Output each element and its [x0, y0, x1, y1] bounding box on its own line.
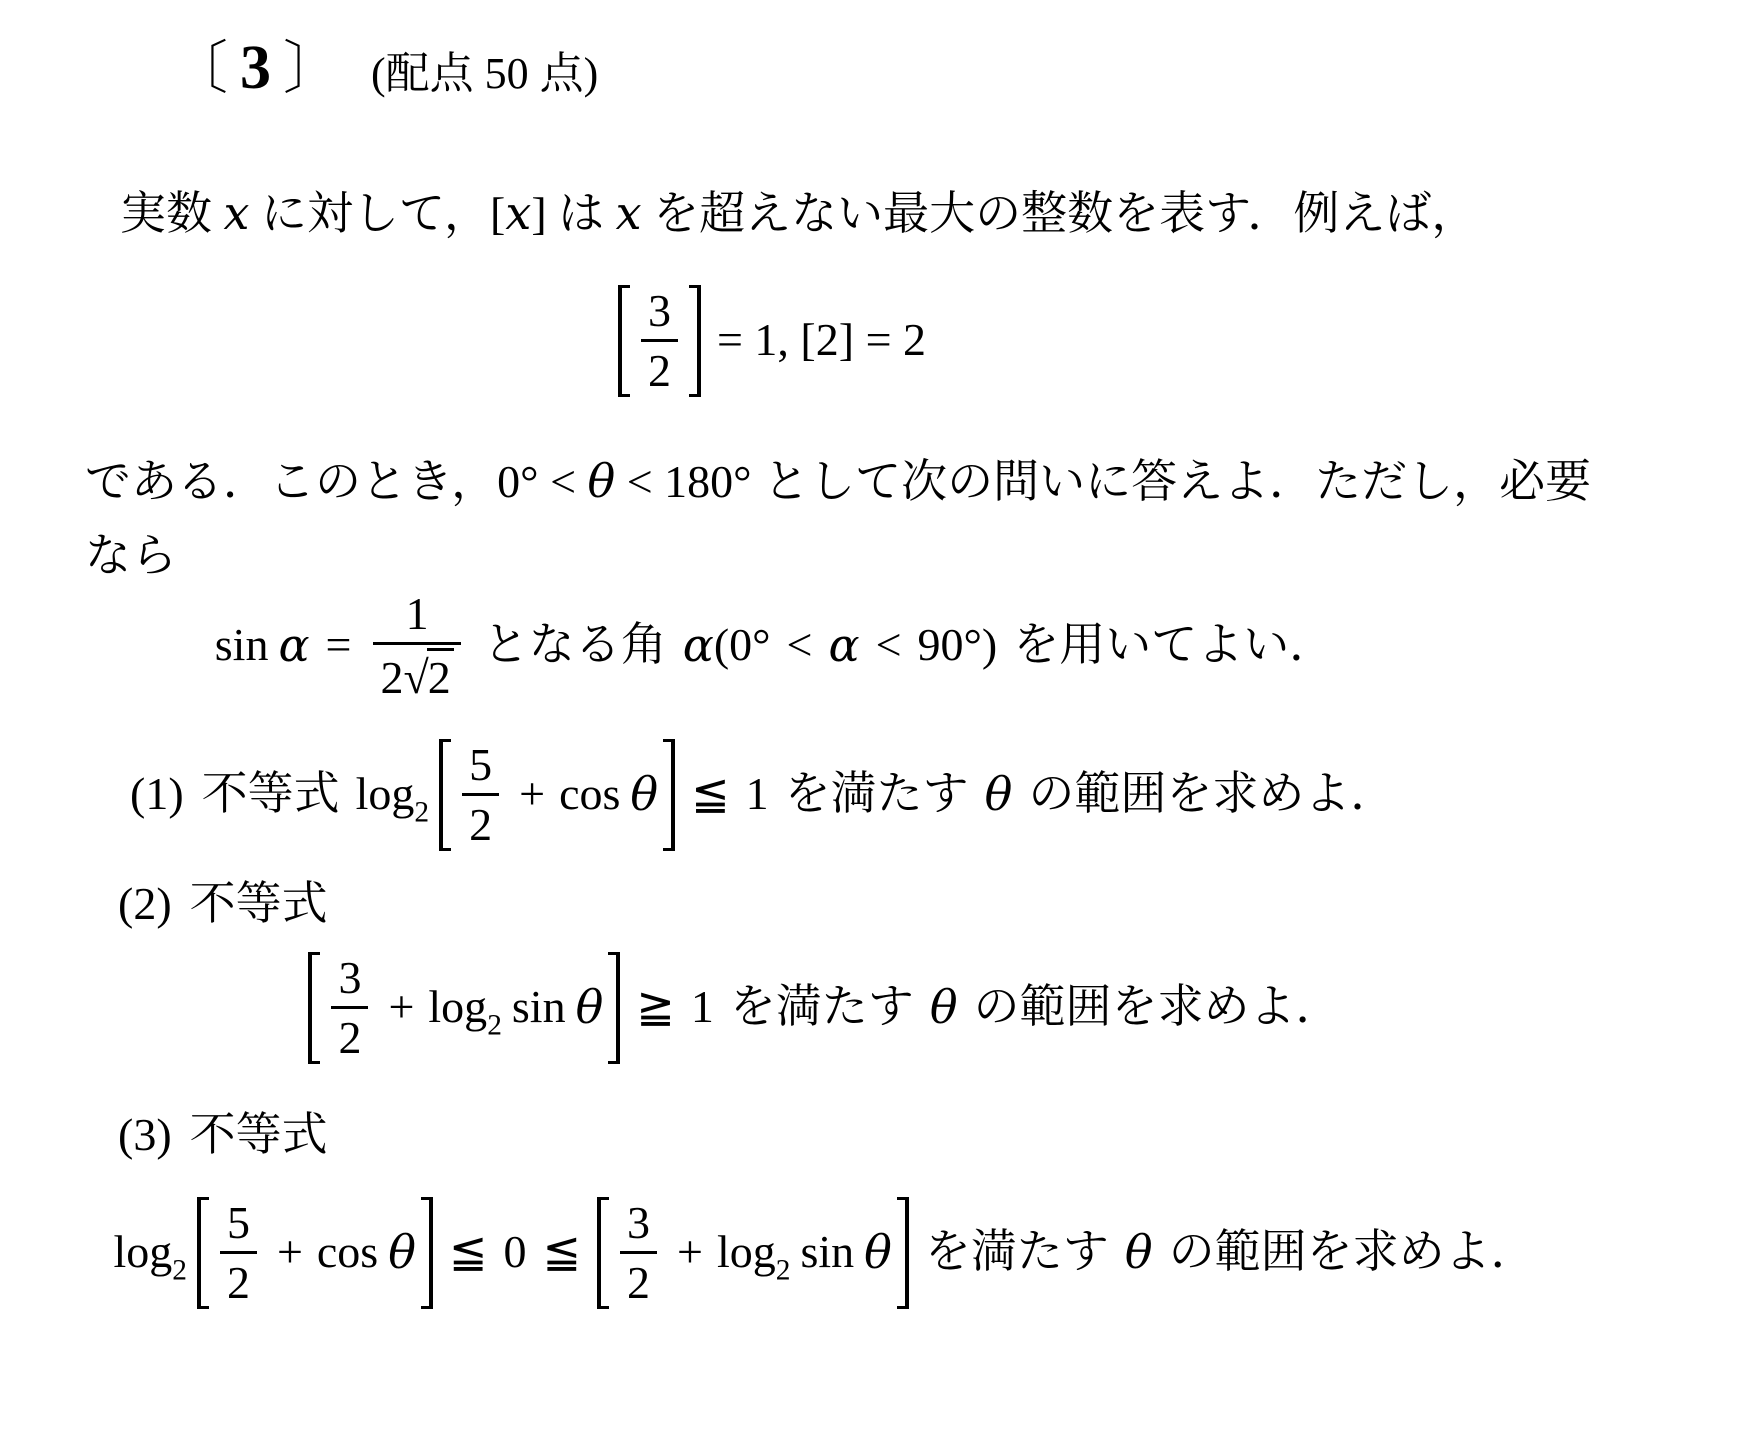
- alpha-text-1: となる角: [483, 619, 667, 672]
- fraction-1-2sqrt2: 1 2√2: [373, 588, 460, 704]
- heading-right-bracket: 〕: [283, 37, 341, 101]
- fraction-3-2: 3 2: [641, 285, 678, 397]
- equals-sign: =: [326, 619, 352, 672]
- fraction-numerator: 3: [331, 952, 368, 1007]
- item-1-word: 不等式: [202, 768, 340, 821]
- item-3-bracket-group-2: 3 2 + log2 sin θ: [597, 1190, 909, 1316]
- var-alpha-2: α: [683, 619, 714, 672]
- example-equation: 3 2 = 1, [2] = 2: [0, 278, 1660, 404]
- alpha-fraction-denominator: 2√2: [380, 648, 453, 704]
- plus-operator: +: [277, 1226, 303, 1279]
- big-right-bracket: [608, 952, 620, 1064]
- item-3-label: (3): [118, 1109, 172, 1162]
- floor-close: ]: [531, 188, 546, 239]
- condition-text-1: である．このとき，: [85, 456, 497, 507]
- heading-left-bracket: 〔: [170, 37, 228, 101]
- fraction-5-2: 5 2: [462, 739, 499, 851]
- fraction-denominator: 2: [620, 1251, 657, 1309]
- fraction-numerator: 5: [462, 739, 499, 794]
- floor-bracket-group: 3 2: [618, 278, 701, 404]
- log-function-1: log2: [356, 768, 430, 821]
- problem-item-3: (3) 不等式: [118, 1109, 1760, 1162]
- item-3-word: 不等式: [190, 1109, 328, 1162]
- alpha-fraction-numerator: 1: [399, 588, 436, 643]
- fraction-numerator: 5: [220, 1197, 257, 1252]
- alpha-text-2: を用いてよい．: [1013, 619, 1335, 672]
- var-x-3: x: [616, 186, 642, 240]
- item-2-bracket-group: 3 2 + log2 sin θ: [308, 945, 620, 1071]
- plus-operator: +: [388, 981, 414, 1034]
- var-x-2: x: [505, 186, 531, 240]
- alpha-range-open: (0°: [714, 619, 771, 672]
- denominator-coefficient: 2: [380, 652, 403, 704]
- big-left-bracket: [439, 739, 451, 851]
- log-base: 2: [776, 1255, 791, 1287]
- big-left-bracket: [308, 952, 320, 1064]
- bound-value: 1: [746, 768, 769, 821]
- problem-item-2: (2) 不等式: [118, 878, 1760, 931]
- sin-function: sin: [215, 619, 269, 672]
- fraction-denominator: 2: [462, 793, 499, 851]
- theta-range-left: 0° <: [497, 456, 587, 507]
- leqq-symbol: ≦: [691, 768, 730, 821]
- less-than-2: <: [876, 619, 902, 672]
- plus-operator: +: [519, 768, 545, 821]
- big-right-bracket: [689, 285, 701, 397]
- var-theta-1: θ: [576, 981, 604, 1034]
- big-left-bracket: [197, 1197, 209, 1309]
- big-left-bracket: [618, 285, 630, 397]
- problem-number: 3: [240, 34, 271, 102]
- floor-open: [: [490, 188, 505, 239]
- condition-paragraph: である．このとき，0° < θ < 180° として次の問いに答えよ．ただし，必…: [85, 444, 1700, 594]
- fraction-3-2: 3 2: [620, 1197, 657, 1309]
- log-text: log: [356, 768, 415, 819]
- var-theta-1: θ: [388, 1226, 416, 1279]
- item-2-text-1: を満たす: [730, 981, 914, 1034]
- item-1-label: (1): [130, 768, 184, 821]
- example-equation-rhs: = 1, [2] = 2: [717, 314, 926, 367]
- fraction-denominator: 2: [331, 1006, 368, 1064]
- theta-range-right: < 180°: [615, 456, 751, 507]
- geqq-symbol: ≧: [636, 981, 675, 1034]
- leqq-symbol-2: ≦: [542, 1226, 581, 1279]
- intro-text-2: に対して，: [249, 188, 490, 239]
- fraction-3-2: 3 2: [331, 952, 368, 1064]
- var-alpha-3: α: [828, 619, 859, 672]
- intro-text-4: を超えない最大の整数を表す．例えば，: [642, 188, 1478, 239]
- cos-function: cos: [559, 768, 620, 821]
- exam-page: 〔 3 〕 (配点 50 点) 実数 x に対して，[x] は x を超えない最…: [0, 0, 1760, 1435]
- log-base: 2: [414, 797, 429, 829]
- log-text: log: [428, 981, 487, 1032]
- item-3-equation: log2 5 2 + cos θ ≦ 0 ≦ 3 2 + log2 sin θ: [0, 1190, 1705, 1316]
- var-theta: θ: [588, 454, 616, 508]
- condition-text-2: として次の問いに答えよ．ただし，必要: [752, 456, 1592, 507]
- log-function-3b: log2: [717, 1226, 791, 1279]
- problem-item-1: (1) 不等式 log2 5 2 + cos θ ≦ 1 を満たす θ の範囲を…: [130, 732, 1760, 858]
- var-x-1: x: [224, 186, 250, 240]
- item-2-label: (2): [118, 878, 172, 931]
- radicand: 2: [427, 648, 454, 704]
- item-1-bracket-group: 5 2 + cos θ: [439, 732, 675, 858]
- alpha-equation: sin α = 1 2√2 となる角 α (0° < α < 90°) を用いて…: [0, 588, 1655, 704]
- log-base: 2: [487, 1010, 502, 1042]
- fraction-numerator: 3: [620, 1197, 657, 1252]
- var-alpha-1: α: [278, 619, 309, 672]
- problem-points: (配点 50 点): [371, 50, 598, 98]
- fraction-numerator: 3: [641, 285, 678, 340]
- fraction-denominator: 2: [641, 339, 678, 397]
- item-1-text-3: の範囲を求めよ．: [1028, 768, 1396, 821]
- item-2-equation: 3 2 + log2 sin θ ≧ 1 を満たす θ の範囲を求めよ．: [0, 945, 1705, 1071]
- intro-text-1: 実数: [120, 188, 224, 239]
- big-right-bracket: [663, 739, 675, 851]
- alpha-range-close: 90°): [918, 619, 998, 672]
- bound-value: 1: [691, 981, 714, 1034]
- fraction-denominator: 2: [220, 1251, 257, 1309]
- problem-heading: 〔 3 〕 (配点 50 点): [170, 34, 1760, 102]
- zero-value: 0: [503, 1226, 526, 1279]
- item-2-text-2: の範囲を求めよ．: [974, 981, 1342, 1034]
- fraction-5-2: 5 2: [220, 1197, 257, 1309]
- sin-function: sin: [800, 1226, 854, 1279]
- var-theta-1: θ: [630, 768, 658, 821]
- intro-paragraph: 実数 x に対して，[x] は x を超えない最大の整数を表す．例えば，: [120, 176, 1700, 252]
- var-theta-2: θ: [930, 981, 958, 1034]
- radical-sign: √: [403, 652, 428, 704]
- leqq-symbol-1: ≦: [449, 1226, 488, 1279]
- var-theta-2: θ: [985, 768, 1013, 821]
- square-root: √2: [403, 648, 453, 704]
- log-base: 2: [172, 1255, 187, 1287]
- big-left-bracket: [597, 1197, 609, 1309]
- log-text: log: [717, 1226, 776, 1277]
- var-theta-3: θ: [1125, 1226, 1153, 1279]
- big-right-bracket: [897, 1197, 909, 1309]
- item-2-word: 不等式: [190, 878, 328, 931]
- intro-text-3: は: [547, 188, 616, 239]
- sin-function: sin: [512, 981, 566, 1034]
- log-function-3a: log2: [113, 1226, 187, 1279]
- var-theta-2: θ: [864, 1226, 892, 1279]
- big-right-bracket: [421, 1197, 433, 1309]
- item-1-text-2: を満たす: [785, 768, 969, 821]
- log-text: log: [113, 1226, 172, 1277]
- cos-function: cos: [317, 1226, 378, 1279]
- condition-text-3: なら: [85, 530, 177, 581]
- plus-operator: +: [677, 1226, 703, 1279]
- item-3-bracket-group-1: 5 2 + cos θ: [197, 1190, 433, 1316]
- log-function-2: log2: [428, 981, 502, 1034]
- less-than-1: <: [787, 619, 813, 672]
- item-3-text-1: を満たす: [925, 1226, 1109, 1279]
- item-3-text-2: の範囲を求めよ．: [1169, 1226, 1537, 1279]
